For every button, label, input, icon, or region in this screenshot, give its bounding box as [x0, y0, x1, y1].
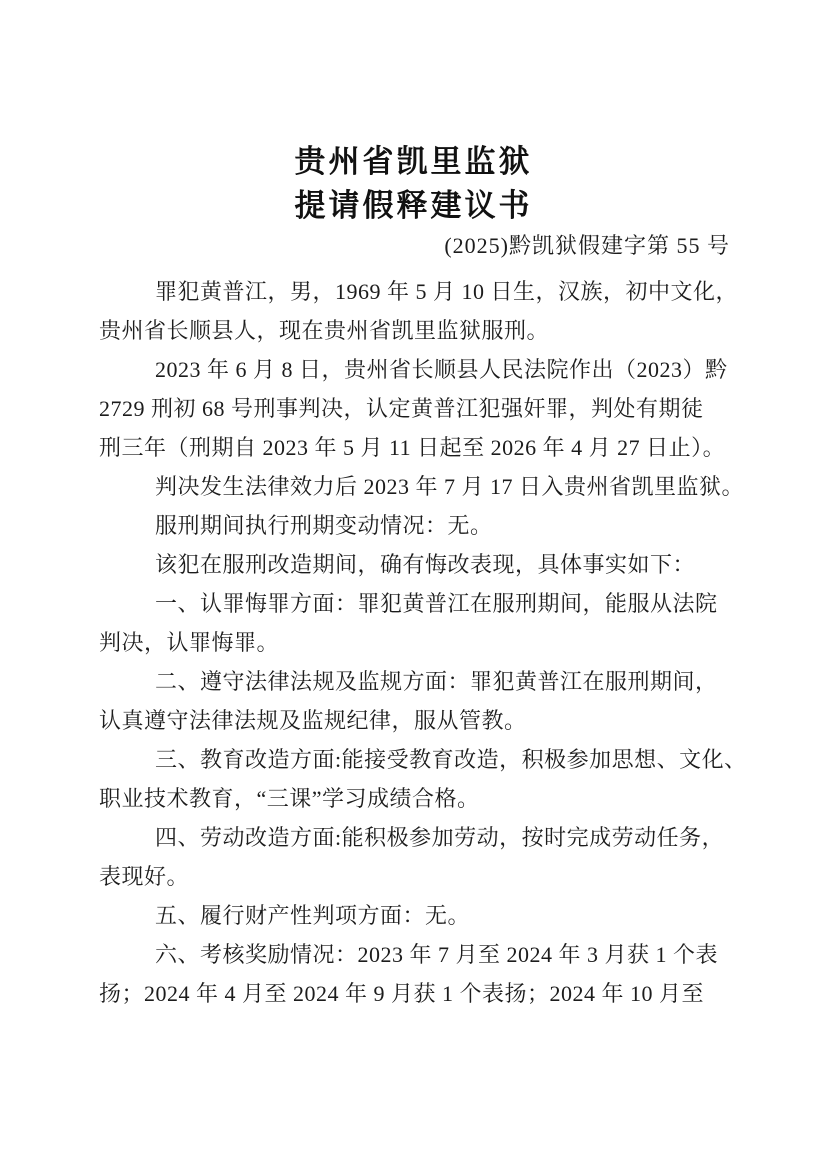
document-page: 贵州省凯里监狱 提请假释建议书 (2025)黔凯狱假建字第 55 号 罪犯黄普江… [0, 0, 827, 1169]
document-body: 罪犯黄普江，男，1969 年 5 月 10 日生，汉族，初中文化， 贵州省长顺县… [99, 272, 739, 1013]
text-line: 四、劳动改造方面:能积极参加劳动，按时完成劳动任务， [99, 818, 739, 857]
text-line: 服刑期间执行刑期变动情况：无。 [99, 506, 739, 545]
document-title: 贵州省凯里监狱 提请假释建议书 [0, 140, 827, 228]
text-line: 2729 刑初 68 号刑事判决，认定黄普江犯强奸罪，判处有期徒 [99, 389, 739, 428]
text-line: 判决，认罪悔罪。 [99, 623, 739, 662]
text-line: 判决发生法律效力后 2023 年 7 月 17 日入贵州省凯里监狱。 [99, 467, 739, 506]
text-line: 扬；2024 年 4 月至 2024 年 9 月获 1 个表扬；2024 年 1… [99, 974, 739, 1013]
text-line: 一、认罪悔罪方面：罪犯黄普江在服刑期间，能服从法院 [99, 584, 739, 623]
document-title-line-1: 贵州省凯里监狱 [0, 140, 827, 184]
text-line: 职业技术教育，“三课”学习成绩合格。 [99, 779, 739, 818]
text-line: 认真遵守法律法规及监规纪律，服从管教。 [99, 701, 739, 740]
text-line: 表现好。 [99, 857, 739, 896]
text-line: 刑三年（刑期自 2023 年 5 月 11 日起至 2026 年 4 月 27 … [99, 428, 739, 467]
text-line: 二、遵守法律法规及监规方面：罪犯黄普江在服刑期间， [99, 662, 739, 701]
document-title-line-2: 提请假释建议书 [0, 184, 827, 228]
text-line: 2023 年 6 月 8 日，贵州省长顺县人民法院作出（2023）黔 [99, 350, 739, 389]
text-line: 罪犯黄普江，男，1969 年 5 月 10 日生，汉族，初中文化， [99, 272, 739, 311]
text-line: 贵州省长顺县人，现在贵州省凯里监狱服刑。 [99, 311, 739, 350]
text-line: 三、教育改造方面:能接受教育改造，积极参加思想、文化、 [99, 740, 739, 779]
text-line: 该犯在服刑改造期间，确有悔改表现，具体事实如下： [99, 545, 739, 584]
document-number: (2025)黔凯狱假建字第 55 号 [444, 231, 730, 261]
text-line: 五、履行财产性判项方面：无。 [99, 896, 739, 935]
text-line: 六、考核奖励情况：2023 年 7 月至 2024 年 3 月获 1 个表 [99, 935, 739, 974]
